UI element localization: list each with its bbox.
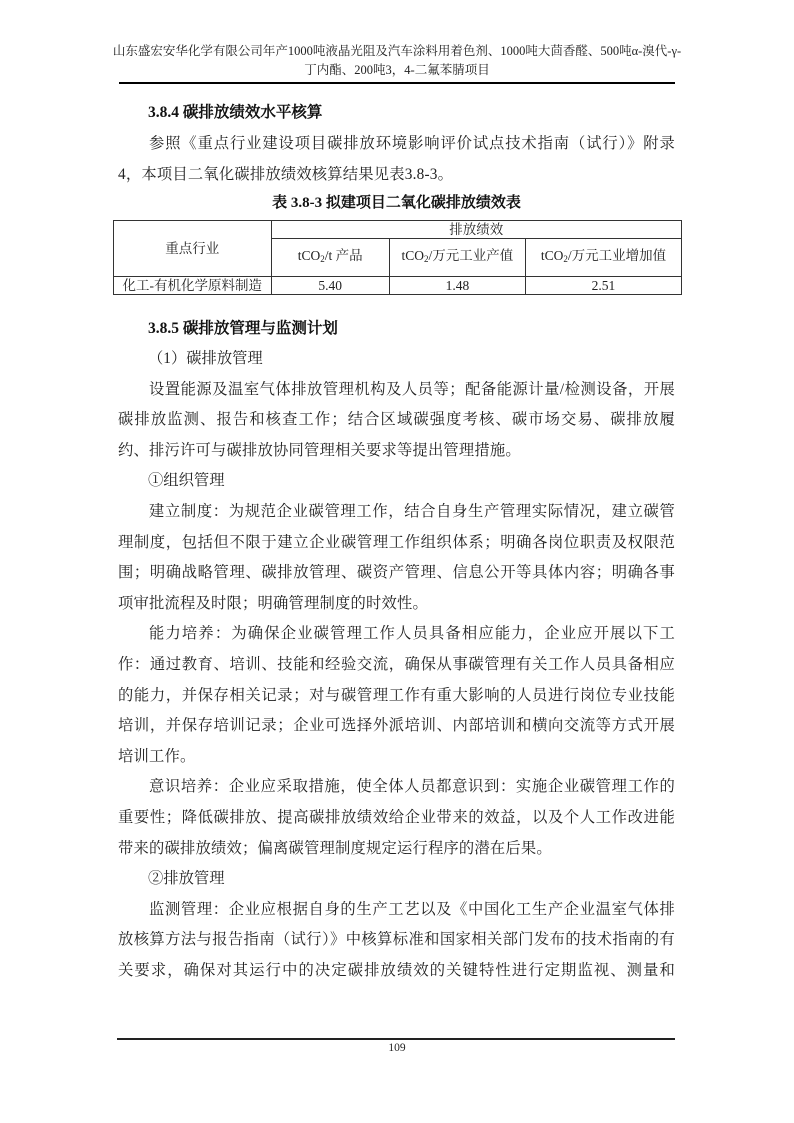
paragraph-system: 建立制度：为规范企业碳管理工作，结合自身生产管理实际情况，建立碳管理制度，包括但…: [118, 497, 675, 619]
paragraph-management-overview: 设置能源及温室气体排放管理机构及人员等；配备能源计量/检测设备，开展碳排放监测、…: [118, 375, 675, 467]
page-body: 3.8.4 碳排放绩效水平核算 参照《重点行业建设项目碳排放环境影响评价试点技术…: [118, 100, 675, 216]
cell-value: 2.51: [525, 277, 681, 295]
header-col-per-output: tCO2/万元工业产值: [389, 239, 525, 277]
emission-performance-table: 重点行业 排放绩效 tCO2/t 产品 tCO2/万元工业产值 tCO2/万元工…: [113, 220, 682, 295]
page-body-continued: 3.8.5 碳排放管理与监测计划 （1）碳排放管理 设置能源及温室气体排放管理机…: [118, 318, 675, 986]
paragraph-monitoring: 监测管理：企业应根据自身的生产工艺以及《中国化工生产企业温室气体排放核算方法与报…: [118, 895, 675, 987]
header-industry: 重点行业: [114, 221, 272, 277]
cell-industry: 化工-有机化学原料制造: [114, 277, 272, 295]
subheading-carbon-management: （1）碳排放管理: [118, 344, 675, 375]
section-heading-3-8-5: 3.8.5 碳排放管理与监测计划: [118, 318, 675, 340]
cell-value: 1.48: [389, 277, 525, 295]
subheading-organization: ①组织管理: [118, 466, 675, 497]
header-group-performance: 排放绩效: [271, 221, 681, 239]
table-row: 化工-有机化学原料制造 5.40 1.48 2.51: [114, 277, 682, 295]
table-header-row: 重点行业 排放绩效: [114, 221, 682, 239]
cell-value: 5.40: [271, 277, 389, 295]
running-title-line2: 丁内酯、200吨3，4-二氟苯腈项目: [100, 61, 694, 80]
section-heading-3-8-4: 3.8.4 碳排放绩效水平核算: [118, 102, 675, 124]
running-header: 山东盛宏安华化学有限公司年产1000吨液晶光阻及汽车涂料用着色剂、1000吨大茴…: [100, 42, 694, 80]
paragraph-line: 参照《重点行业建设项目碳排放环境影响评价试点技术指南（试行）》附录: [118, 129, 675, 160]
paragraph-awareness: 意识培养：企业应采取措施，使全体人员都意识到：实施企业碳管理工作的重要性；降低碳…: [118, 772, 675, 864]
header-rule: [119, 82, 675, 84]
header-col-per-value-added: tCO2/万元工业增加值: [525, 239, 681, 277]
header-col-per-ton: tCO2/t 产品: [271, 239, 389, 277]
page-number: 109: [0, 1042, 794, 1054]
footer-rule: [117, 1038, 675, 1040]
paragraph-ability: 能力培养：为确保企业碳管理工作人员具备相应能力，企业应开展以下工作：通过教育、培…: [118, 619, 675, 772]
paragraph-line: 4，本项目二氧化碳排放绩效核算结果见表3.8-3。: [118, 160, 675, 191]
running-title-line1: 山东盛宏安华化学有限公司年产1000吨液晶光阻及汽车涂料用着色剂、1000吨大茴…: [100, 42, 694, 61]
table-caption: 表 3.8-3 拟建项目二氧化碳排放绩效表: [118, 192, 675, 214]
subheading-emission-management: ②排放管理: [118, 864, 675, 895]
